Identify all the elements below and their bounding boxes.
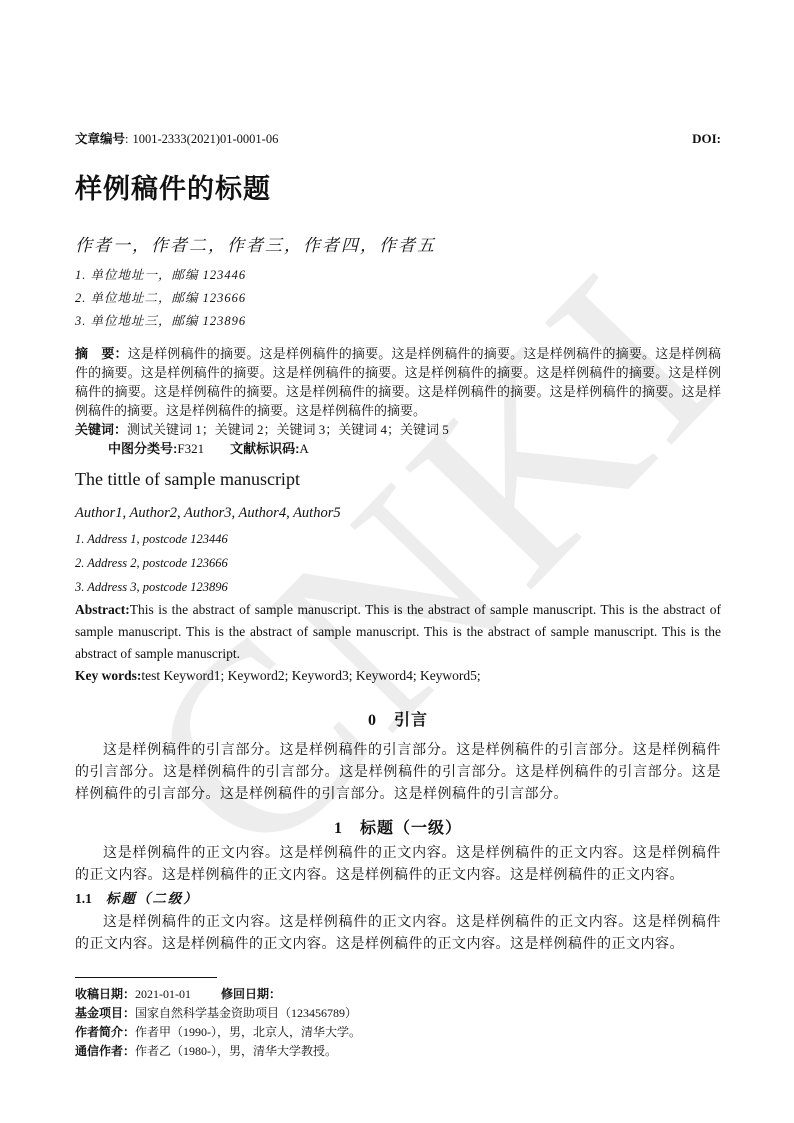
authors-cn: 作者一，作者二，作者三，作者四，作者五: [75, 235, 721, 257]
footnote-fund: 基金项目：国家自然科学基金资助项目（123456789）: [75, 1004, 721, 1023]
corresponding-author-value: 作者乙（1980-），男，清华大学教授。: [135, 1044, 337, 1058]
address-cn-item: 2. 单位地址二，邮编 123666: [75, 287, 721, 310]
revised-date-label: 修回日期：: [221, 987, 281, 1001]
abstract-en-label: Abstract:: [75, 602, 130, 617]
received-date-value: 2021-01-01: [135, 987, 191, 1001]
body-paragraph-1: 这是样例稿件的正文内容。这是样例稿件的正文内容。这是样例稿件的正文内容。这是样例…: [75, 843, 721, 887]
footnote-rule: [75, 977, 217, 978]
abstract-cn-block: 摘 要：这是样例稿件的摘要。这是样例稿件的摘要。这是样例稿件的摘要。这是样例稿件…: [75, 344, 721, 458]
section-heading-1: 1标题（一级）: [75, 818, 721, 840]
address-cn-item: 1. 单位地址一，邮编 123446: [75, 264, 721, 287]
section-title: 引言: [394, 712, 428, 729]
address-en-item: 1. Address 1, postcode 123446: [75, 527, 721, 551]
corresponding-author-label: 通信作者：: [75, 1044, 135, 1058]
abstract-cn-text: 这是样例稿件的摘要。这是样例稿件的摘要。这是样例稿件的摘要。这是样例稿件的摘要。…: [75, 346, 721, 418]
abstract-cn: 摘 要：这是样例稿件的摘要。这是样例稿件的摘要。这是样例稿件的摘要。这是样例稿件…: [75, 344, 721, 420]
title-en: The tittle of sample manuscript: [75, 467, 721, 491]
subsection-number: 1.1: [75, 891, 92, 906]
footnote-block: 收稿日期：2021-01-01修回日期： 基金项目：国家自然科学基金资助项目（1…: [75, 977, 721, 1061]
abstract-en-text: This is the abstract of sample manuscrip…: [75, 602, 721, 661]
keywords-en: Key words:test Keyword1; Keyword2; Keywo…: [75, 665, 721, 687]
meta-row: 文章编号:1001-2333(2021)01-0001-06 DOI:: [75, 131, 721, 147]
received-date-label: 收稿日期：: [75, 987, 135, 1001]
keywords-en-text: test Keyword1; Keyword2; Keyword3; Keywo…: [141, 668, 480, 683]
manuscript-page: CNKI 文章编号:1001-2333(2021)01-0001-06 DOI:…: [0, 0, 794, 1123]
body-paragraph-1-1: 这是样例稿件的正文内容。这是样例稿件的正文内容。这是样例稿件的正文内容。这是样例…: [75, 912, 721, 956]
keywords-cn-label: 关键词：: [75, 422, 127, 437]
footnote-bio: 作者简介：作者甲（1990-），男，北京人，清华大学。: [75, 1023, 721, 1042]
address-cn-item: 3. 单位地址三，邮编 123896: [75, 310, 721, 333]
intro-paragraph: 这是样例稿件的引言部分。这是样例稿件的引言部分。这是样例稿件的引言部分。这是样例…: [75, 740, 721, 806]
footnote-dates: 收稿日期：2021-01-01修回日期：: [75, 985, 721, 1004]
page-content: 文章编号:1001-2333(2021)01-0001-06 DOI: 样例稿件…: [75, 0, 721, 956]
keywords-en-label: Key words:: [75, 668, 141, 683]
addresses-en: 1. Address 1, postcode 123446 2. Address…: [75, 527, 721, 599]
abstract-cn-label: 摘 要：: [75, 346, 128, 361]
keywords-cn: 关键词：测试关键词 1；关键词 2；关键词 3；关键词 4；关键词 5: [75, 420, 721, 439]
keywords-cn-text: 测试关键词 1；关键词 2；关键词 3；关键词 4；关键词 5: [127, 422, 449, 437]
article-number-label: 文章编号: [75, 132, 125, 146]
fund-value: 国家自然科学基金资助项目（123456789）: [135, 1006, 357, 1020]
doc-code-label: 文献标识码:: [230, 441, 299, 456]
address-en-item: 3. Address 3, postcode 123896: [75, 575, 721, 599]
clc-line: 中图分类号:F321文献标识码:A: [75, 439, 721, 458]
article-number-value: 1001-2333(2021)01-0001-06: [133, 132, 279, 146]
authors-en: Author1, Author2, Author3, Author4, Auth…: [75, 503, 721, 523]
abstract-en: Abstract:This is the abstract of sample …: [75, 599, 721, 665]
clc-label: 中图分类号:: [108, 441, 177, 456]
fund-label: 基金项目：: [75, 1006, 135, 1020]
author-bio-value: 作者甲（1990-），男，北京人，清华大学。: [135, 1025, 361, 1039]
footnote-corresponding: 通信作者：作者乙（1980-），男，清华大学教授。: [75, 1042, 721, 1061]
section-number: 0: [368, 712, 376, 729]
article-number: 文章编号:1001-2333(2021)01-0001-06: [75, 132, 278, 147]
address-en-item: 2. Address 2, postcode 123666: [75, 551, 721, 575]
doi-label: DOI:: [692, 131, 721, 146]
title-cn: 样例稿件的标题: [75, 172, 721, 206]
clc-value: F321: [177, 441, 204, 456]
addresses-cn: 1. 单位地址一，邮编 123446 2. 单位地址二，邮编 123666 3.…: [75, 264, 721, 333]
section-title: 标题（一级）: [360, 820, 462, 837]
subsection-title: 标题（二级）: [106, 891, 199, 906]
doc-code-value: A: [299, 441, 308, 456]
section-number: 1: [334, 820, 342, 837]
author-bio-label: 作者简介：: [75, 1025, 135, 1039]
article-number-colon: :: [125, 132, 128, 146]
subsection-heading-1-1: 1.1标题（二级）: [75, 888, 721, 909]
section-heading-intro: 0引言: [75, 710, 721, 732]
